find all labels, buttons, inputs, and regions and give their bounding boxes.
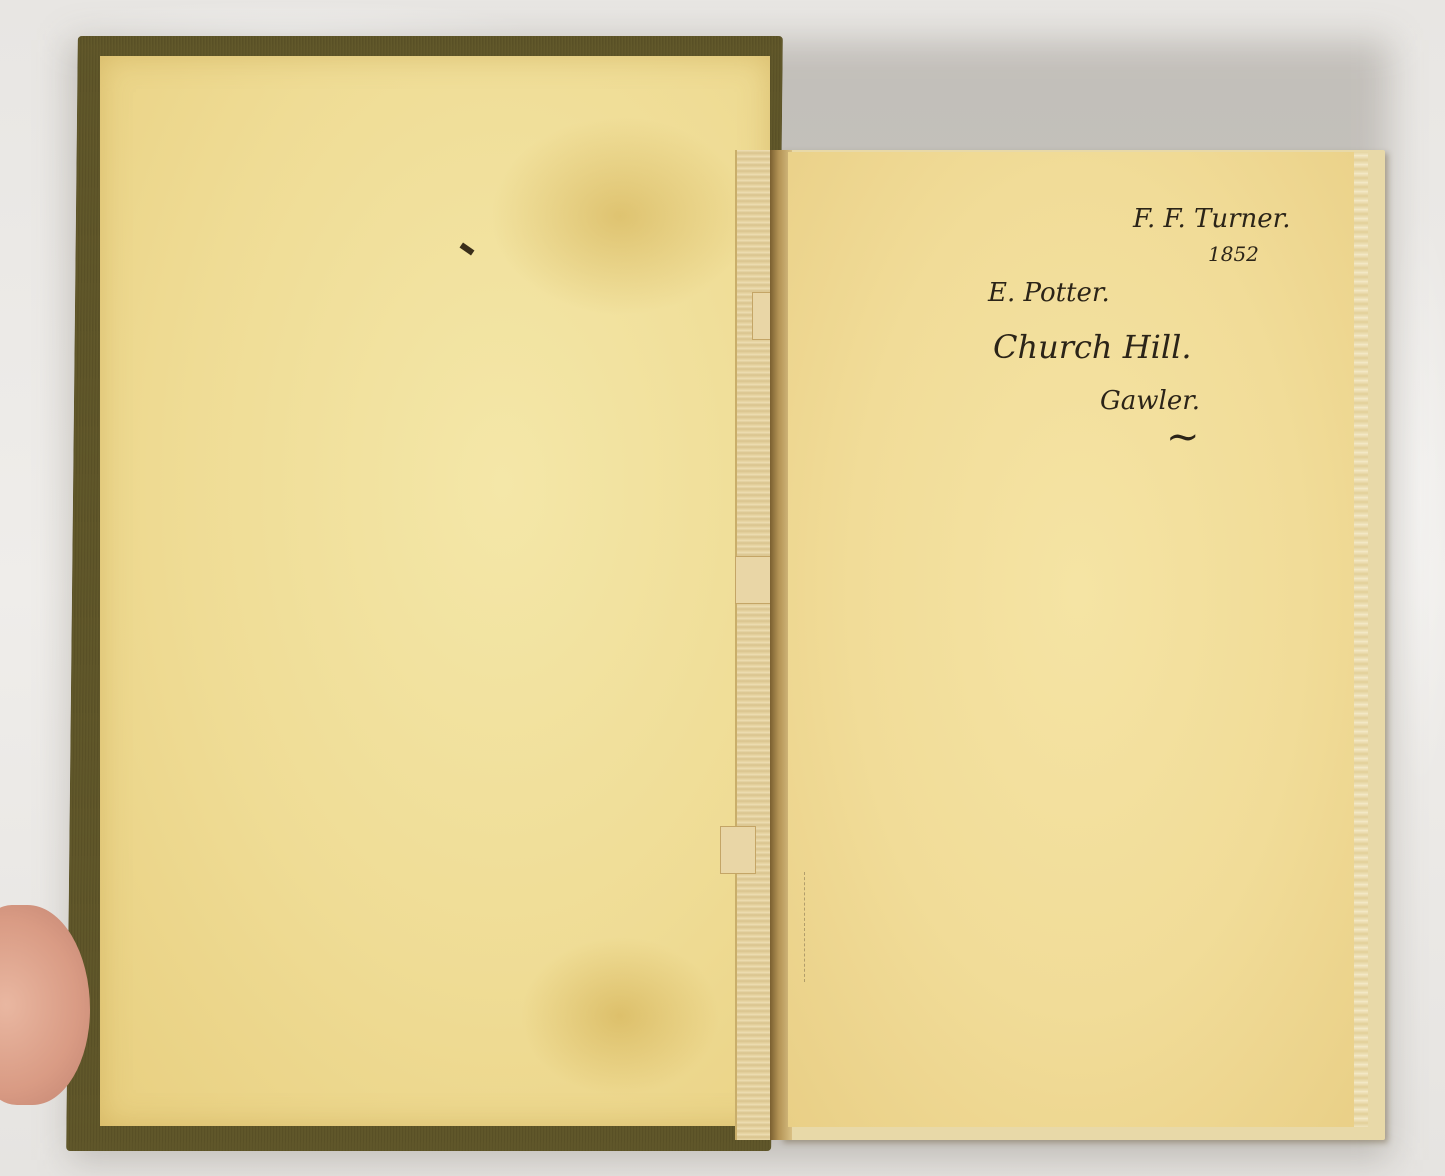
second-owner-inscription: E. Potter. xyxy=(988,278,1110,308)
water-stain xyxy=(520,936,720,1096)
hinge-tab xyxy=(720,826,756,874)
front-endpaper: F. F. Turner. 1852 E. Potter. Church Hil… xyxy=(788,152,1368,1127)
address-line-1: Church Hill. xyxy=(993,328,1191,366)
ink-mark xyxy=(460,243,475,256)
page-edge xyxy=(1354,152,1368,1127)
pencil-margin-note xyxy=(804,872,811,982)
hinge-tab xyxy=(735,556,771,604)
front-pastedown xyxy=(100,56,770,1126)
owner-inscription: F. F. Turner. xyxy=(1133,204,1291,234)
pen-flourish: ~ xyxy=(1166,414,1200,460)
water-stain xyxy=(490,116,750,316)
inscription-year: 1852 xyxy=(1208,242,1259,266)
address-line-2: Gawler. xyxy=(1100,386,1200,416)
